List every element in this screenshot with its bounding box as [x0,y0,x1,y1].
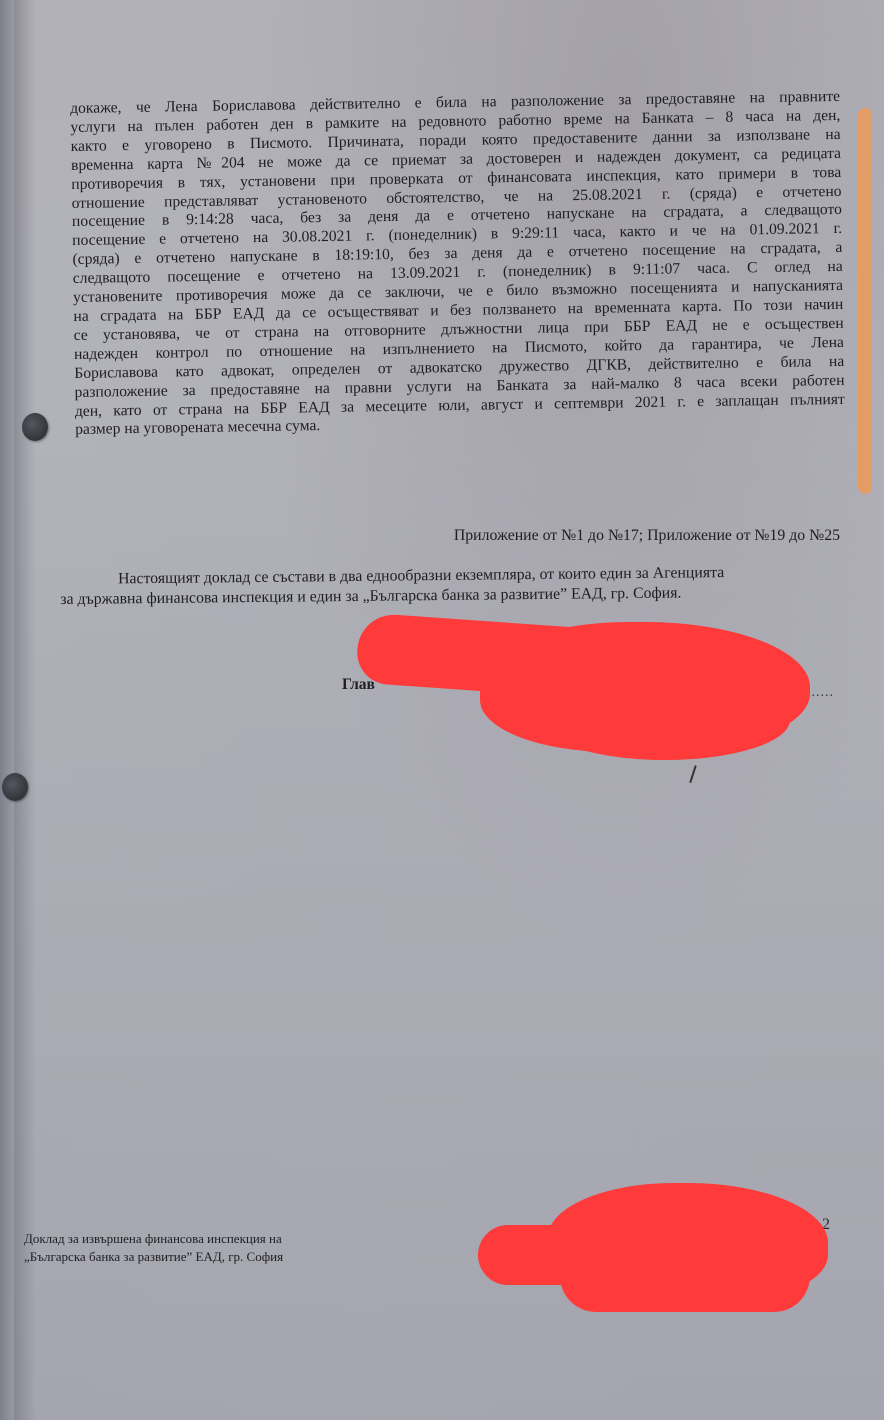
page-fold-shadow [14,0,36,1420]
annex-reference: Приложение от №1 до №17; Приложение от №… [370,527,840,545]
page-footer: Доклад за извършена финансова инспекция … [24,1230,283,1266]
punch-hole-icon [22,413,48,441]
background-edge [0,0,14,1420]
signature-redaction [540,680,790,760]
footer-redaction [560,1240,810,1312]
body-paragraph: докаже, че Лена Бориславова действително… [70,88,845,440]
closing-paragraph: Настоящият доклад се състави в два едноо… [60,562,800,610]
footer-line: Доклад за извършена финансова инспекция … [24,1230,283,1248]
footer-line: „Българска банка за развитие” ЕАД, гр. С… [24,1248,283,1266]
highlighter-mark [858,108,872,494]
punch-hole-icon [2,773,28,801]
